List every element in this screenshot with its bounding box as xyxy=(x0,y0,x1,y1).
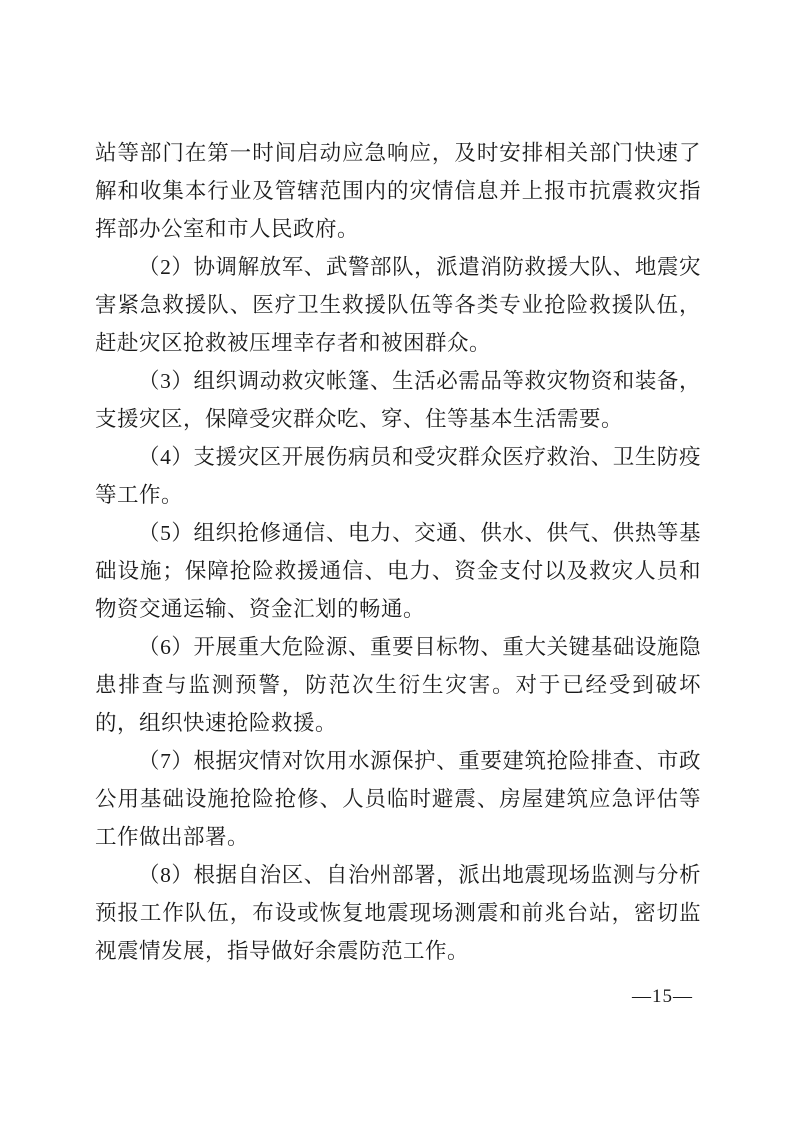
paragraph-item-8: （8）根据自治区、自治州部署，派出地震现场监测与分析预报工作队伍，布设或恢复地震… xyxy=(95,856,701,970)
paragraph-continuation: 站等部门在第一时间启动应急响应，及时安排相关部门快速了解和收集本行业及管辖范围内… xyxy=(95,134,701,248)
paragraph-item-3: （3）组织调动救灾帐篷、生活必需品等救灾物资和装备，支援灾区，保障受灾群众吃、穿… xyxy=(95,362,701,438)
paragraph-item-7: （7）根据灾情对饮用水源保护、重要建筑抢险排查、市政公用基础设施抢险抢修、人员临… xyxy=(95,742,701,856)
page-number: —15— xyxy=(632,986,693,1008)
paragraph-item-6: （6）开展重大危险源、重要目标物、重大关键基础设施隐患排查与监测预警，防范次生衍… xyxy=(95,628,701,742)
paragraph-item-2: （2）协调解放军、武警部队，派遣消防救援大队、地震灾害紧急救援队、医疗卫生救援队… xyxy=(95,248,701,362)
document-body: 站等部门在第一时间启动应急响应，及时安排相关部门快速了解和收集本行业及管辖范围内… xyxy=(95,134,701,970)
paragraph-item-4: （4）支援灾区开展伤病员和受灾群众医疗救治、卫生防疫等工作。 xyxy=(95,438,701,514)
document-page: 站等部门在第一时间启动应急响应，及时安排相关部门快速了解和收集本行业及管辖范围内… xyxy=(0,0,793,1122)
paragraph-item-5: （5）组织抢修通信、电力、交通、供水、供气、供热等基础设施；保障抢险救援通信、电… xyxy=(95,514,701,628)
